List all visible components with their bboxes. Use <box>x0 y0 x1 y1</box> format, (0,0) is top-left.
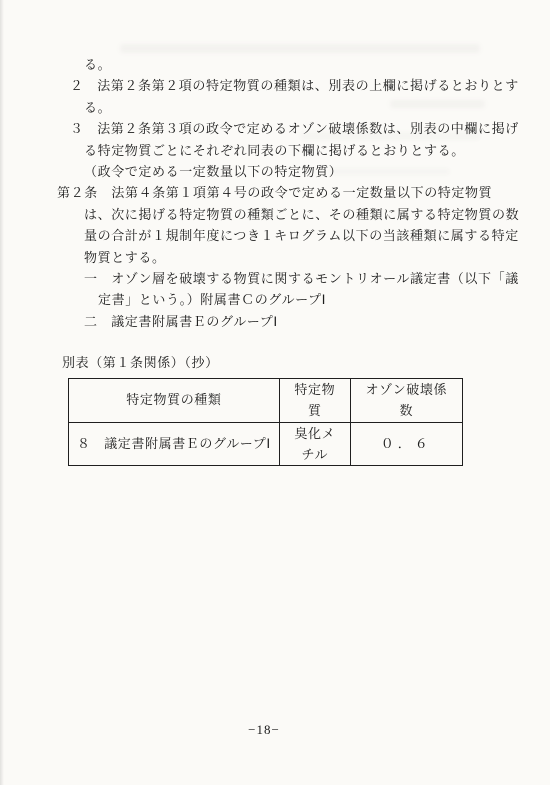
specified-substances-table: 特定物質の種類 特定物質 オゾン破壊係数 ８ 議定書附属書ＥのグループⅠ 臭化メ… <box>68 378 463 467</box>
text-line: 二 議定書附属書ＥのグループⅠ <box>84 311 493 332</box>
text-line: る特定物質ごとにそれぞれ同表の下欄に掲げるとおりとする。 <box>84 140 493 161</box>
scanned-document-page: る。 ２ 法第２条第２項の特定物質の種類は、別表の上欄に掲げるとおりとす る。 … <box>0 0 550 785</box>
cell-odp-value: ０．６ <box>350 422 462 466</box>
table-header-row: 特定物質の種類 特定物質 オゾン破壊係数 <box>69 378 463 422</box>
column-header-odp: オゾン破壊係数 <box>350 378 462 422</box>
document-body: る。 ２ 法第２条第２項の特定物質の種類は、別表の上欄に掲げるとおりとす る。 … <box>57 54 493 466</box>
text-line: （政令で定める一定数量以下の特定物質） <box>84 161 493 182</box>
column-header-substance-kind: 特定物質の種類 <box>69 378 280 422</box>
column-header-substance: 特定物質 <box>279 378 350 422</box>
text-line: 一 オゾン層を破壊する物質に関するモントリオール議定書（以下「議 <box>84 268 493 289</box>
page-number: −18− <box>0 722 528 738</box>
text-line: る。 <box>84 97 493 118</box>
text-line: ３ 法第２条第３項の政令で定めるオゾン破壊係数は、別表の中欄に掲げ <box>70 118 493 139</box>
text-line: る。 <box>84 54 493 75</box>
text-line: 物質とする。 <box>84 247 493 268</box>
text-line: は、次に掲げる特定物質の種類ごとに、その種類に属する特定物質の数 <box>84 204 493 225</box>
cell-substance-kind: ８ 議定書附属書ＥのグループⅠ <box>69 422 280 466</box>
text-line: 量の合計が１規制年度につき１キログラム以下の当該種類に属する特定 <box>84 225 493 246</box>
scan-bleed-artifact <box>120 44 480 53</box>
appendix-table-title: 別表（第１条関係）（抄） <box>62 352 493 373</box>
text-line: 第２条 法第４条第１項第４号の政令で定める一定数量以下の特定物質 <box>57 182 493 203</box>
text-line: ２ 法第２条第２項の特定物質の種類は、別表の上欄に掲げるとおりとす <box>70 75 493 96</box>
cell-substance: 臭化メチル <box>279 422 350 466</box>
text-line: 定書」という。）附属書ＣのグループⅠ <box>98 289 493 310</box>
table-row: ８ 議定書附属書ＥのグループⅠ 臭化メチル ０．６ <box>69 422 463 466</box>
